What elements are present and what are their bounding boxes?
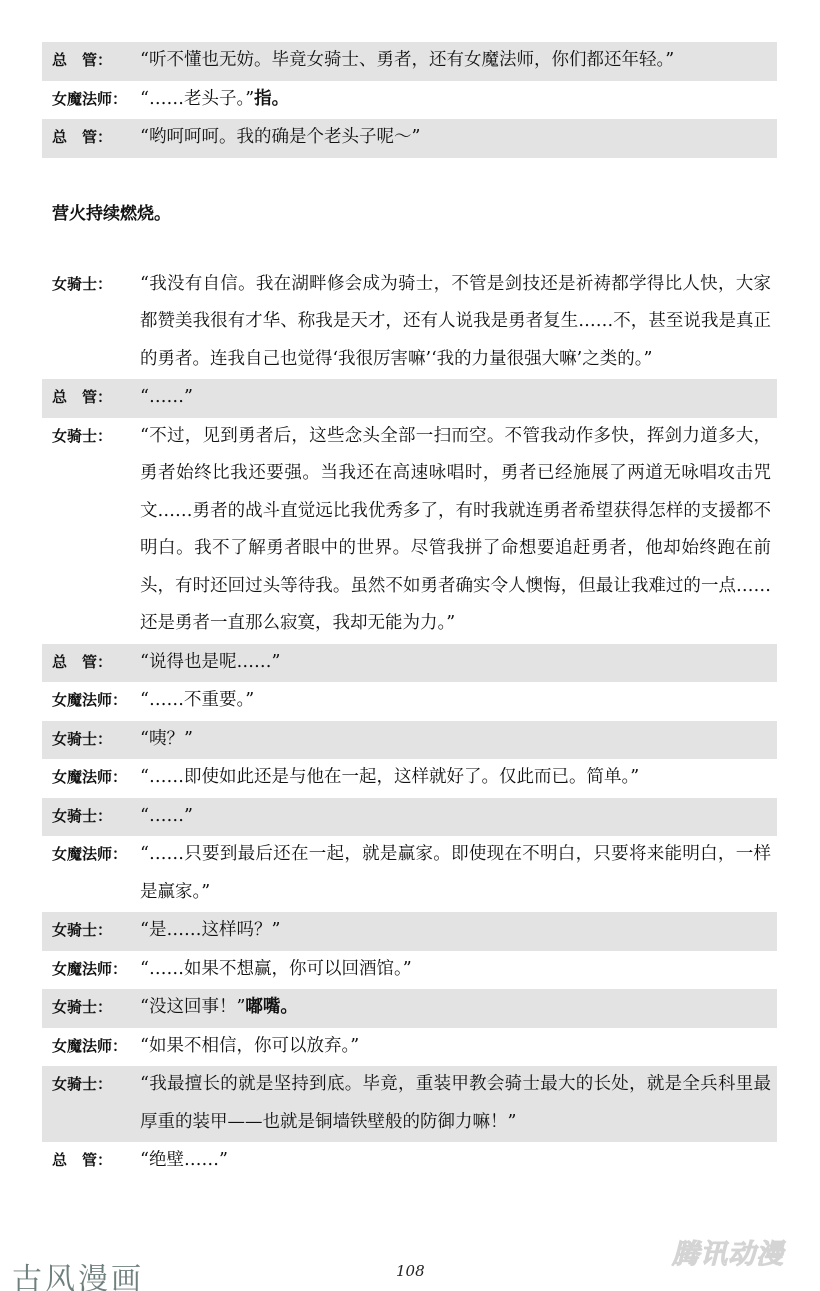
speech: “我没有自信。我在湖畔修会成为骑士，不管是剑技还是祈祷都学得比人快，大家都赞美我… bbox=[140, 274, 771, 369]
dialogue-text: “绝壁……” bbox=[140, 1142, 777, 1180]
brand-watermark: 古风漫画 bbox=[12, 1254, 144, 1291]
speech: “我最擅长的就是坚持到底。毕竟，重装甲教会骑士最大的长处，就是全兵科里最厚重的装… bbox=[140, 1074, 771, 1132]
speaker-char: 管： bbox=[82, 382, 112, 413]
page-number: 108 bbox=[396, 1262, 425, 1280]
dialogue-text: “我最擅长的就是坚持到底。毕竟，重装甲教会骑士最大的长处，就是全兵科里最厚重的装… bbox=[140, 1066, 777, 1141]
speaker-label: 女骑士： bbox=[42, 724, 140, 755]
dialogue-row: 总管： “……” bbox=[42, 379, 777, 418]
speaker-char: 女 bbox=[52, 801, 67, 832]
dialogue-row: 总管： “说得也是呢……” bbox=[42, 644, 777, 683]
speaker-char: 女 bbox=[52, 915, 67, 946]
speaker-char: 骑 bbox=[67, 992, 82, 1023]
dialogue-text: “……只要到最后还在一起，就是赢家。即使现在不明白，只要将来能明白，一样是赢家。… bbox=[140, 836, 777, 911]
speaker-char: 骑 bbox=[67, 724, 82, 755]
speaker-char: 总 bbox=[52, 382, 67, 413]
speaker-label: 女魔法师： bbox=[42, 1031, 140, 1062]
speech: “不过，见到勇者后，这些念头全部一扫而空。不管我动作多快，挥剑力道多大，勇者始终… bbox=[140, 426, 771, 634]
speaker-char: 士： bbox=[82, 421, 112, 452]
speech: “如果不相信，你可以放弃。” bbox=[140, 1036, 359, 1056]
speech: “说得也是呢……” bbox=[140, 652, 280, 672]
action-note: 嘟嘴。 bbox=[245, 997, 298, 1017]
speaker-char: 骑 bbox=[67, 1069, 82, 1100]
speaker-label: 女魔法师： bbox=[42, 762, 140, 793]
speaker-char: 士： bbox=[82, 724, 112, 755]
speaker-label: 总管： bbox=[42, 122, 140, 153]
dialogue-row: 女骑士： “咦？” bbox=[42, 721, 777, 760]
speaker-label: 总管： bbox=[42, 382, 140, 413]
dialogue-page: 总管： “听不懂也无妨。毕竟女骑士、勇者，还有女魔法师，你们都还年轻。” 女魔法… bbox=[42, 42, 777, 1181]
speech: “是……这样吗？” bbox=[140, 920, 280, 940]
dialogue-row: 女魔法师： “……如果不想赢，你可以回酒馆。” bbox=[42, 951, 777, 990]
speaker-label: 女骑士： bbox=[42, 801, 140, 832]
dialogue-row: 总管： “听不懂也无妨。毕竟女骑士、勇者，还有女魔法师，你们都还年轻。” bbox=[42, 42, 777, 81]
speaker-char: 管： bbox=[82, 122, 112, 153]
dialogue-row: 女魔法师： “……只要到最后还在一起，就是赢家。即使现在不明白，只要将来能明白，… bbox=[42, 836, 777, 912]
dialogue-row: 女骑士： “没这回事！”嘟嘴。 bbox=[42, 989, 777, 1028]
speaker-char: 总 bbox=[52, 122, 67, 153]
dialogue-row: 总管： “绝壁……” bbox=[42, 1142, 777, 1181]
speaker-char: 女 bbox=[52, 421, 67, 452]
dialogue-text: “说得也是呢……” bbox=[140, 644, 777, 682]
speaker-label: 女骑士： bbox=[42, 992, 140, 1023]
speaker-char: 士： bbox=[82, 1069, 112, 1100]
speaker-label: 女魔法师： bbox=[42, 685, 140, 716]
speaker-label: 女骑士： bbox=[42, 915, 140, 946]
dialogue-text: “咦？” bbox=[140, 721, 777, 759]
dialogue-text: “……” bbox=[140, 379, 777, 417]
dialogue-row: 女魔法师： “如果不相信，你可以放弃。” bbox=[42, 1028, 777, 1067]
dialogue-text: “如果不相信，你可以放弃。” bbox=[140, 1028, 777, 1066]
speech: “咦？” bbox=[140, 729, 193, 749]
speaker-char: 管： bbox=[82, 45, 112, 76]
dialogue-text: “……老头子。”指。 bbox=[140, 81, 777, 119]
speaker-char: 总 bbox=[52, 1145, 67, 1176]
dialogue-row: 女骑士： “我没有自信。我在湖畔修会成为骑士，不管是剑技还是祈祷都学得比人快，大… bbox=[42, 266, 777, 380]
logo-watermark-icon: 腾讯动漫 bbox=[672, 1237, 808, 1273]
speech: “……不重要。” bbox=[140, 690, 254, 710]
speaker-label: 总管： bbox=[42, 1145, 140, 1176]
speaker-label: 总管： bbox=[42, 647, 140, 678]
speaker-char: 士： bbox=[82, 269, 112, 300]
dialogue-text: “哟呵呵呵。我的确是个老头子呢～” bbox=[140, 119, 777, 157]
speaker-char: 骑 bbox=[67, 421, 82, 452]
dialogue-row: 女魔法师： “……即使如此还是与他在一起，这样就好了。仅此而已。简单。” bbox=[42, 759, 777, 798]
speaker-char: 女 bbox=[52, 1069, 67, 1100]
speaker-char: 女 bbox=[52, 269, 67, 300]
speaker-label: 女魔法师： bbox=[42, 84, 140, 115]
speaker-char: 女 bbox=[52, 992, 67, 1023]
speech: “没这回事！” bbox=[140, 997, 245, 1017]
speaker-char: 骑 bbox=[67, 915, 82, 946]
dialogue-row: 女骑士： “我最擅长的就是坚持到底。毕竟，重装甲教会骑士最大的长处，就是全兵科里… bbox=[42, 1066, 777, 1142]
speech: “……” bbox=[140, 387, 193, 407]
action-note: 指。 bbox=[254, 89, 289, 109]
speech: “绝壁……” bbox=[140, 1150, 228, 1170]
speaker-label: 女骑士： bbox=[42, 269, 140, 300]
speaker-label: 女骑士： bbox=[42, 1069, 140, 1100]
dialogue-row: 女骑士： “……” bbox=[42, 798, 777, 837]
speaker-char: 士： bbox=[82, 801, 112, 832]
speaker-char: 管： bbox=[82, 647, 112, 678]
dialogue-row: 女骑士： “不过，见到勇者后，这些念头全部一扫而空。不管我动作多快，挥剑力道多大… bbox=[42, 418, 777, 644]
dialogue-row: 女骑士： “是……这样吗？” bbox=[42, 912, 777, 951]
dialogue-text: “……如果不想赢，你可以回酒馆。” bbox=[140, 951, 777, 989]
speech: “……” bbox=[140, 806, 193, 826]
speaker-label: 女魔法师： bbox=[42, 954, 140, 985]
spacer bbox=[42, 233, 777, 266]
dialogue-row: 总管： “哟呵呵呵。我的确是个老头子呢～” bbox=[42, 119, 777, 158]
speaker-char: 总 bbox=[52, 647, 67, 678]
speaker-char: 女 bbox=[52, 724, 67, 755]
speech: “哟呵呵呵。我的确是个老头子呢～” bbox=[140, 127, 420, 147]
speaker-char: 总 bbox=[52, 45, 67, 76]
dialogue-text: “听不懂也无妨。毕竟女骑士、勇者，还有女魔法师，你们都还年轻。” bbox=[140, 42, 777, 80]
dialogue-text: “不过，见到勇者后，这些念头全部一扫而空。不管我动作多快，挥剑力道多大，勇者始终… bbox=[140, 418, 777, 643]
speaker-label: 总管： bbox=[42, 45, 140, 76]
speaker-char: 管： bbox=[82, 1145, 112, 1176]
speech: “听不懂也无妨。毕竟女骑士、勇者，还有女魔法师，你们都还年轻。” bbox=[140, 50, 674, 70]
dialogue-text: “是……这样吗？” bbox=[140, 912, 777, 950]
dialogue-text: “……即使如此还是与他在一起，这样就好了。仅此而已。简单。” bbox=[140, 759, 777, 797]
dialogue-row: 女魔法师： “……不重要。” bbox=[42, 682, 777, 721]
speech: “……老头子。” bbox=[140, 89, 254, 109]
dialogue-text: “……” bbox=[140, 798, 777, 836]
speech: “……如果不想赢，你可以回酒馆。” bbox=[140, 959, 412, 979]
speaker-char: 士： bbox=[82, 915, 112, 946]
narration: 营火持续燃烧。 bbox=[42, 195, 777, 233]
dialogue-row: 女魔法师： “……老头子。”指。 bbox=[42, 81, 777, 120]
dialogue-text: “……不重要。” bbox=[140, 682, 777, 720]
speaker-char: 骑 bbox=[67, 801, 82, 832]
speaker-label: 女魔法师： bbox=[42, 839, 140, 870]
dialogue-text: “没这回事！”嘟嘴。 bbox=[140, 989, 777, 1027]
spacer bbox=[42, 158, 777, 195]
speaker-char: 骑 bbox=[67, 269, 82, 300]
speaker-char: 士： bbox=[82, 992, 112, 1023]
speaker-label: 女骑士： bbox=[42, 421, 140, 452]
dialogue-text: “我没有自信。我在湖畔修会成为骑士，不管是剑技还是祈祷都学得比人快，大家都赞美我… bbox=[140, 266, 777, 379]
speech: “……即使如此还是与他在一起，这样就好了。仅此而已。简单。” bbox=[140, 767, 639, 787]
speech: “……只要到最后还在一起，就是赢家。即使现在不明白，只要将来能明白，一样是赢家。… bbox=[140, 844, 771, 902]
